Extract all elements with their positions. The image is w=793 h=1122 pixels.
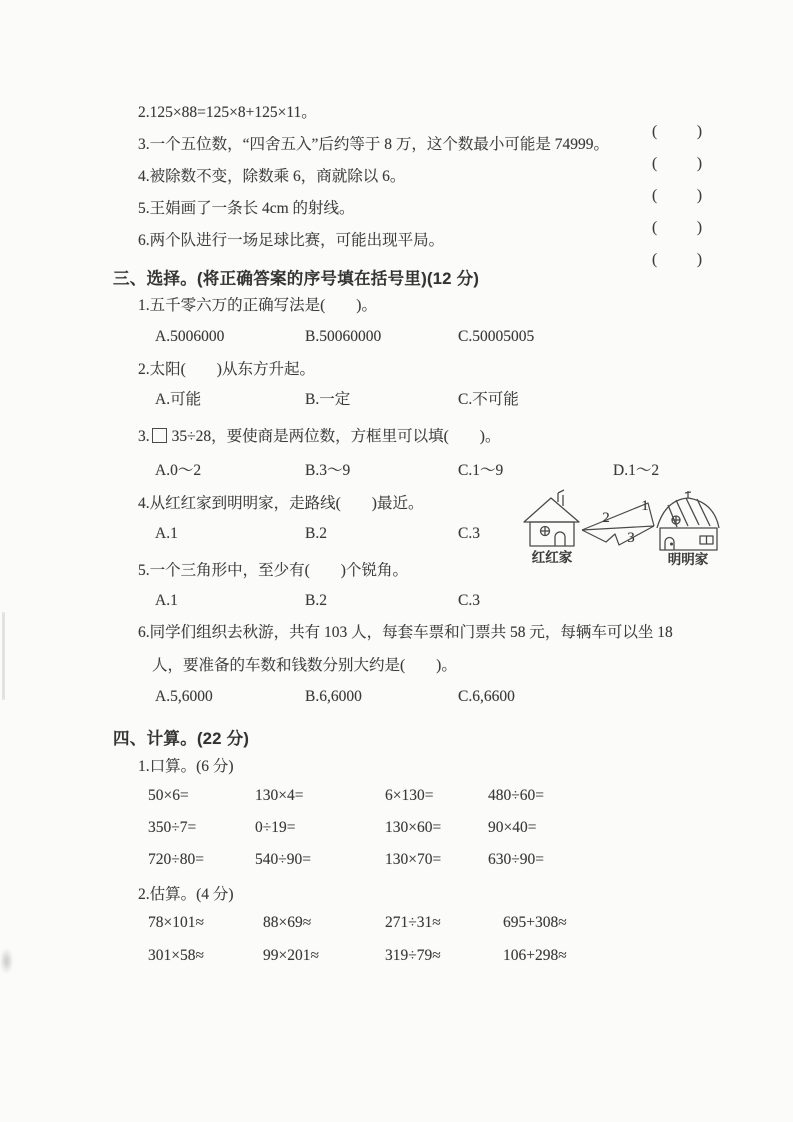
answer-parens: (): [652, 251, 702, 270]
choice-q1-options: A.5006000 B.50060000 C.50005005: [155, 328, 613, 347]
option-a: A.5,6000: [155, 688, 305, 707]
option-d: D.1～2: [613, 462, 659, 481]
right-house-label: 明明家: [668, 551, 709, 566]
equation: 78×101≈: [148, 914, 263, 933]
equation: 88×69≈: [263, 914, 385, 933]
question-number: 4.: [138, 168, 150, 185]
blank-box-icon: [152, 428, 167, 443]
equation: 106+298≈: [503, 947, 567, 966]
route-3-label: 3: [627, 530, 635, 546]
right-house-icon: [657, 491, 719, 550]
oral-calc-row-1: 50×6= 130×4= 6×130= 480÷60=: [148, 787, 544, 806]
equation: 130×60=: [385, 819, 488, 838]
paren-open: (: [652, 251, 657, 270]
equation: 271÷31≈: [385, 914, 503, 933]
equation: 90×40=: [488, 819, 536, 838]
equation: 0÷19=: [255, 819, 385, 838]
choice-q4-text: 4.从红红家到明明家，走路线( )最近。: [138, 495, 423, 514]
equation: 630÷90=: [488, 851, 544, 870]
question-number: 3.: [138, 136, 150, 153]
exam-page: 2.125×88=125×8+125×11。 () 3.一个五位数，“四舍五入”…: [0, 0, 793, 1122]
option-b: B.6,6000: [305, 688, 458, 707]
route-2-label: 2: [602, 510, 610, 526]
choice-q3-text: 3.35÷28，要使商是两位数，方框里可以填( )。: [138, 428, 500, 447]
choice-q6-options: A.5,6000 B.6,6000 C.6,6600: [155, 688, 613, 707]
option-b: B.3～9: [305, 462, 458, 481]
question-text: 35÷28，要使商是两位数，方框里可以填( )。: [172, 428, 501, 445]
equation: 720÷80=: [148, 851, 255, 870]
equation: 50×6=: [148, 787, 255, 806]
left-house-icon: [524, 490, 579, 546]
equation: 99×201≈: [263, 947, 385, 966]
choice-q6-text-line1: 6.同学们组织去秋游，共有 103 人，每套车票和门票共 58 元，每辆车可以坐…: [138, 624, 673, 643]
option-c: C.50005005: [458, 328, 613, 347]
route-1-label: 1: [641, 498, 649, 514]
option-a: A.0～2: [155, 462, 305, 481]
judge-item-3: 3.一个五位数，“四舍五入”后约等于 8 万，这个数最小可能是 74999。 (…: [138, 136, 793, 155]
section-calc-header: 四、计算。(22 分): [113, 725, 249, 749]
question-number: 3.: [138, 428, 150, 445]
equation: 6×130=: [385, 787, 488, 806]
choice-q5-options: A.1 B.2 C.3: [155, 592, 613, 611]
equation: 350÷7=: [148, 819, 255, 838]
oral-calc-title: 1.口算。(6 分): [138, 754, 234, 776]
option-a: A.可能: [155, 391, 305, 410]
option-c: C.1～9: [458, 462, 613, 481]
equation: 130×70=: [385, 851, 488, 870]
equation: 130×4=: [255, 787, 385, 806]
option-a: A.5006000: [155, 328, 305, 347]
paren-close: ): [697, 251, 702, 270]
scan-artifact-line: [2, 612, 5, 700]
question-number: 2.: [138, 104, 150, 121]
question-text: 王娟画了一条长 4cm 的射线。: [150, 200, 355, 217]
choice-q2-options: A.可能 B.一定 C.不可能: [155, 391, 613, 410]
scan-artifact-smudge: [0, 948, 13, 974]
question-text: 两个队进行一场足球比赛，可能出现平局。: [150, 232, 445, 249]
option-c: C.不可能: [458, 391, 613, 410]
oral-calc-row-2: 350÷7= 0÷19= 130×60= 90×40=: [148, 819, 536, 838]
equation: 540÷90=: [255, 851, 385, 870]
equation: 480÷60=: [488, 787, 544, 806]
question-text: 125×88=125×8+125×11。: [150, 104, 317, 121]
left-house-label: 红红家: [532, 549, 573, 565]
question-number: 5.: [138, 200, 150, 217]
estimate-title: 2.估算。(4 分): [138, 882, 234, 904]
question-text: 一个五位数，“四舍五入”后约等于 8 万，这个数最小可能是 74999。: [150, 136, 609, 153]
oral-calc-row-3: 720÷80= 540÷90= 130×70= 630÷90=: [148, 851, 544, 870]
judge-item-2: 2.125×88=125×8+125×11。 (): [138, 104, 793, 123]
equation: 695+308≈: [503, 914, 567, 933]
option-b: B.一定: [305, 391, 458, 410]
estimate-row-1: 78×101≈ 88×69≈ 271÷31≈ 695+308≈: [148, 914, 567, 933]
option-b: B.2: [305, 525, 458, 544]
choice-q3-options: A.0～2 B.3～9 C.1～9 D.1～2: [155, 462, 659, 481]
route-diagram: 2 1 3 红红家 明明家: [518, 488, 723, 566]
judge-item-4: 4.被除数不变，除数乘 6，商就除以 6。 (): [138, 168, 793, 187]
option-b: B.2: [305, 592, 458, 611]
option-c: C.3: [458, 592, 613, 611]
section-choice-header: 三、选择。(将正确答案的序号填在括号里)(12 分): [113, 265, 479, 289]
equation: 301×58≈: [148, 947, 263, 966]
equation: 319÷79≈: [385, 947, 503, 966]
judge-item-6: 6.两个队进行一场足球比赛，可能出现平局。 (): [138, 232, 793, 251]
estimate-row-2: 301×58≈ 99×201≈ 319÷79≈ 106+298≈: [148, 947, 567, 966]
option-c: C.6,6600: [458, 688, 613, 707]
question-text: 被除数不变，除数乘 6，商就除以 6。: [150, 168, 406, 185]
choice-q1-text: 1.五千零六万的正确写法是( )。: [138, 297, 377, 316]
choice-q2-text: 2.太阳( )从东方升起。: [138, 361, 315, 380]
choice-q5-text: 5.一个三角形中，至少有( )个锐角。: [138, 562, 408, 581]
judge-item-5: 5.王娟画了一条长 4cm 的射线。 (): [138, 200, 793, 219]
option-b: B.50060000: [305, 328, 458, 347]
option-a: A.1: [155, 525, 305, 544]
option-a: A.1: [155, 592, 305, 611]
choice-q6-text-line2: 人，要准备的车数和钱数分别大约是( )。: [152, 657, 457, 676]
question-number: 6.: [138, 232, 150, 249]
